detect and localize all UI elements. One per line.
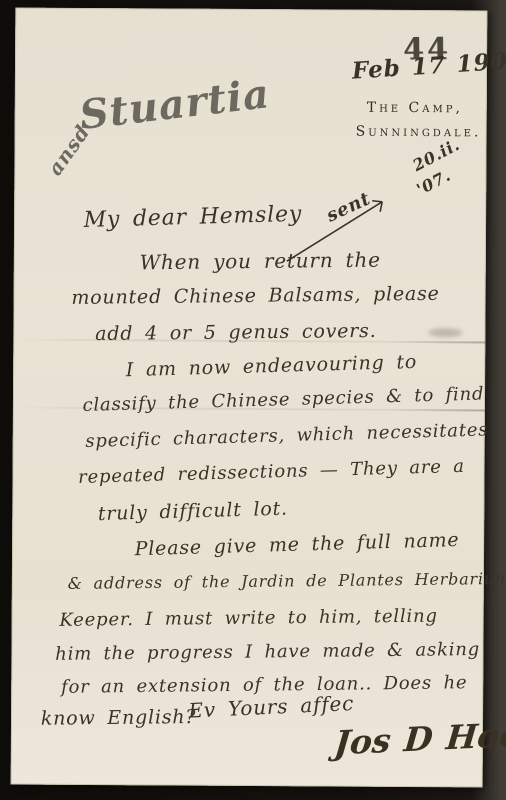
handwritten-line: truly difficult lot. xyxy=(98,498,289,525)
handwritten-line: specific characters, which necessitates xyxy=(85,419,489,452)
handwritten-line: add 4 or 5 genus covers. xyxy=(95,320,377,345)
handwritten-line: classify the Chinese species & to find xyxy=(82,383,484,416)
handwritten-line: mounted Chinese Balsams, please xyxy=(71,283,440,309)
pencil-answered-annotation: ansd xyxy=(43,120,95,180)
pencil-subject-annotation: Stuartia xyxy=(77,70,272,139)
pencil-smudge xyxy=(428,328,462,337)
letterhead-line1: The Camp, xyxy=(367,100,463,117)
letterhead-line2: Sunningdale. xyxy=(356,124,482,141)
handwritten-line: him the progress I have made & asking xyxy=(55,639,480,665)
sent-annotation-word: sent xyxy=(323,188,374,226)
handwritten-line: Please give me the full name xyxy=(134,529,459,560)
handwritten-line: I am now endeavouring to xyxy=(125,351,417,381)
salutation: My dear Hemsley xyxy=(83,202,302,233)
handwritten-line: When you return the xyxy=(139,248,380,275)
handwritten-line: Keeper. I must write to him, telling xyxy=(59,606,438,631)
letter-date: Feb 17 1907. xyxy=(351,46,506,85)
letter-body: When you return themounted Chinese Balsa… xyxy=(15,8,487,11)
handwritten-line: know English? xyxy=(41,706,197,730)
handwritten-line: repeated redissections — They are a xyxy=(78,456,465,488)
letter-paper: 44 Feb 17 1907. The Camp, Sunningdale. S… xyxy=(11,8,488,788)
handwritten-line: for an extension of the loan.. Does he xyxy=(61,672,468,698)
handwritten-line: & address of the Jardin de Plantes Herba… xyxy=(68,569,506,593)
signature: Jos D Hooker xyxy=(333,712,506,763)
letter-scan: 44 Feb 17 1907. The Camp, Sunningdale. S… xyxy=(0,0,506,800)
